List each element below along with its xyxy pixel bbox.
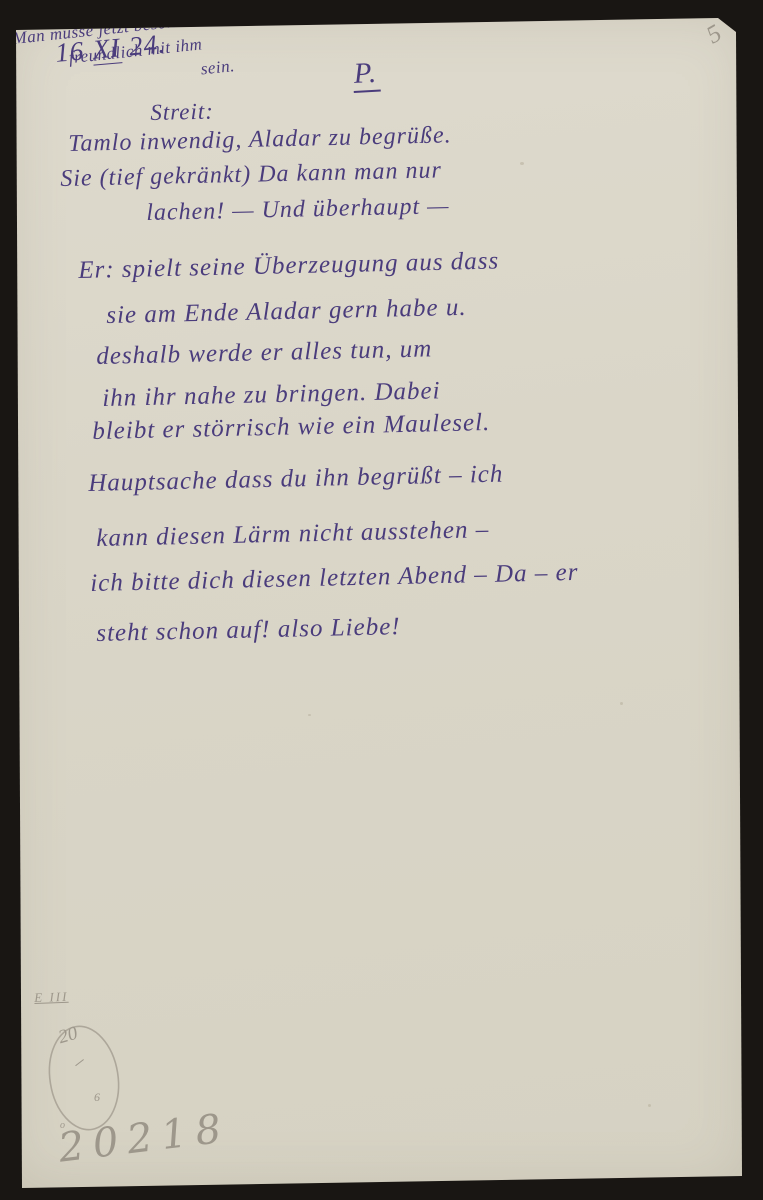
page-heading: P. bbox=[352, 57, 381, 93]
handwritten-line: Hauptsache dass du ihn begrüßt – ich bbox=[88, 461, 504, 498]
margin-note-line: sein. bbox=[200, 56, 236, 79]
handwritten-line: sie am Ende Aladar gern habe u. bbox=[106, 294, 467, 330]
paper-speck bbox=[648, 1104, 651, 1107]
paper-speck bbox=[308, 714, 311, 716]
manuscript-paper: 16 XI 24. 5 P. Man musse jetzt besonders… bbox=[8, 14, 748, 1190]
handwritten-line: bleibt er störrisch wie ein Maulesel. bbox=[92, 409, 491, 446]
page-number: 5 bbox=[702, 20, 727, 50]
archive-classification: E III bbox=[34, 989, 69, 1006]
paper-speck bbox=[520, 162, 524, 165]
handwritten-line: Sie (tief gekränkt) Da kann man nur bbox=[60, 157, 442, 193]
paper-speck bbox=[620, 702, 623, 705]
handwritten-line: steht schon auf! also Liebe! bbox=[96, 613, 401, 648]
handwritten-line: deshalb werde er alles tun, um bbox=[96, 335, 433, 371]
handwritten-line: Streit: bbox=[150, 99, 214, 126]
small-pencil-number: 6 bbox=[94, 1090, 100, 1105]
handwritten-line: Er: spielt seine Überzeugung aus dass bbox=[78, 247, 500, 285]
handwritten-line: ihn ihr nahe zu bringen. Dabei bbox=[102, 377, 441, 413]
handwritten-line: Tamlo inwendig, Aladar zu begrüße. bbox=[68, 122, 452, 158]
scan-background: 16 XI 24. 5 P. Man musse jetzt besonders… bbox=[0, 0, 763, 1200]
handwritten-line: ich bitte dich diesen letzten Abend – Da… bbox=[90, 559, 579, 598]
handwritten-line: kann diesen Lärm nicht ausstehen – bbox=[96, 516, 490, 553]
handwritten-line: lachen! — Und überhaupt — bbox=[146, 193, 450, 227]
